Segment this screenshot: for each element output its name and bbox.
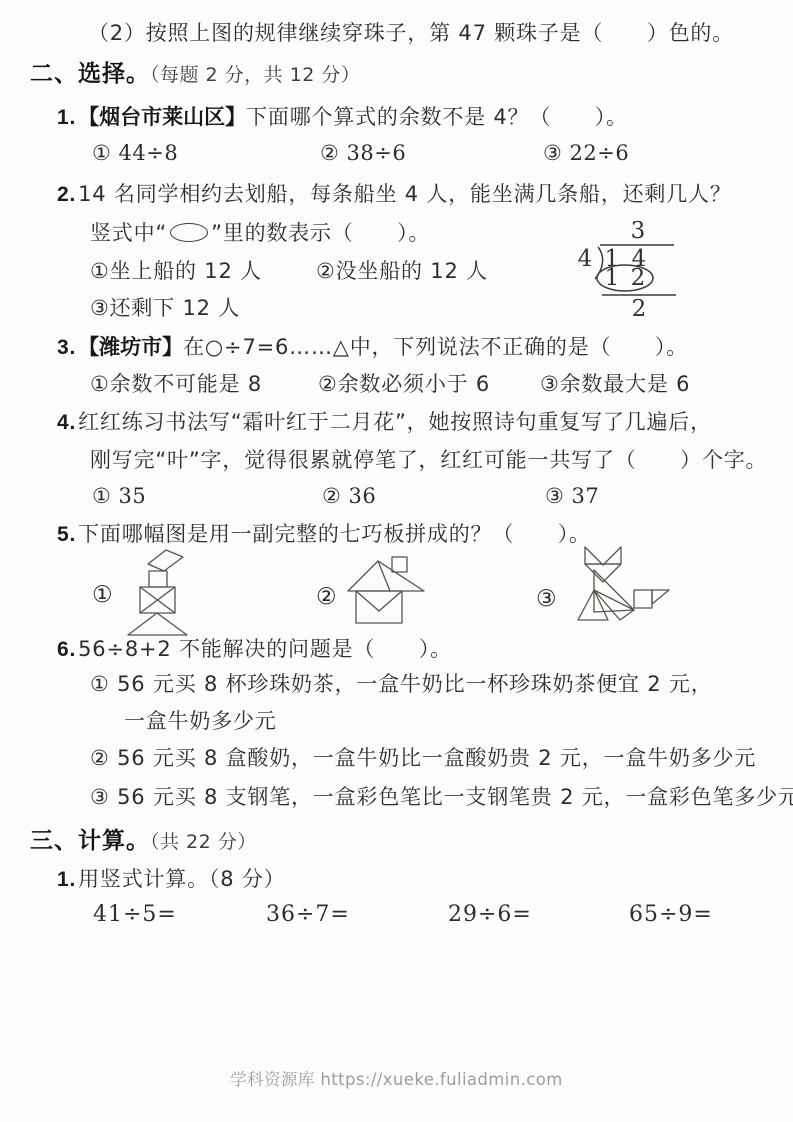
q2-option-2: ②没坐船的 12 人: [316, 258, 488, 284]
tangram3-ears: [585, 547, 621, 565]
q2-line2-post: ”里的数表示（ ）。: [211, 221, 430, 245]
calc-problem-3: 29÷6=: [448, 901, 532, 929]
q6-option-1-line1: ① 56 元买 8 杯珍珠奶茶，一盒牛奶比一杯珍珠奶茶便宜 2 元，: [90, 671, 713, 697]
q1-option-1: ① 44÷8: [92, 140, 178, 166]
tangram1-square: [149, 571, 167, 587]
q5-figure-label-1: ①: [92, 581, 113, 610]
q2-stem-line2: 竖式中“”里的数表示（ ）。: [90, 220, 430, 246]
division-product-tens: 1: [605, 265, 620, 291]
q4-option-2: ② 36: [322, 483, 376, 509]
tangram2-roof: [348, 561, 424, 591]
oval-icon: [170, 223, 208, 242]
q4-stem-line1: 4.红红练习书法写“霜叶红于二月花”，她按照诗句重复写了几遍后，: [57, 409, 712, 436]
section-choice-heading: 二、选择。（每题 2 分，共 12 分）: [30, 60, 360, 89]
q4-stem-line2: 刚写完“叶”字，觉得很累就停笔了，红红可能一共写了（ ）个字。: [90, 447, 767, 473]
q5-stem-text: 下面哪幅图是用一副完整的七巧板拼成的？（ ）。: [78, 522, 591, 546]
q5-figure-label-3: ③: [536, 585, 557, 614]
q2-number: 2.: [57, 183, 76, 206]
q2-line2-pre: 竖式中“: [90, 221, 167, 245]
q4-number: 4.: [57, 411, 76, 434]
division-remainder: 2: [632, 296, 647, 320]
tangram2-body: [356, 591, 402, 623]
q4-stem-text1: 红红练习书法写“霜叶红于二月花”，她按照诗句重复写了几遍后，: [78, 410, 712, 434]
worksheet-page: （2）按照上图的规律继续穿珠子，第 47 颗珠子是（ ）色的。 二、选择。（每题…: [0, 0, 793, 1122]
tangram-house-figure: [340, 553, 432, 627]
q1-region-tag: 【烟台市莱山区】: [78, 105, 246, 129]
tangram2-v-right: [379, 591, 402, 611]
tangram3-tail-square: [634, 590, 652, 608]
q5-figure-label-2: ②: [316, 583, 337, 612]
tangram3-hind: [594, 590, 634, 620]
calc-problem-1: 41÷5=: [93, 901, 177, 929]
q4-option-3: ③ 37: [545, 483, 599, 509]
q1-stem: 1.【烟台市莱山区】下面哪个算式的余数不是 4？（ ）。: [57, 104, 628, 131]
question-beads-part2: （2）按照上图的规律继续穿珠子，第 47 颗珠子是（ ）色的。: [88, 20, 734, 46]
q6-number: 6.: [57, 638, 76, 661]
q6-option-1-line2: 一盒牛奶多少元: [124, 708, 277, 734]
calc-problem-2: 36÷7=: [266, 901, 350, 929]
q1-option-2: ② 38÷6: [320, 140, 406, 166]
division-quotient: 3: [631, 218, 646, 244]
q1-stem-text: 下面哪个算式的余数不是 4？（ ）。: [246, 105, 628, 129]
long-division-figure: 3 4 1 4 1 2 2: [576, 218, 682, 320]
q2-stem-line1: 2.14 名同学相约去划船，每条船坐 4 人，能坐满几条船，还剩几人？: [57, 181, 732, 208]
calc-sub1-number: 1.: [57, 868, 76, 891]
tangram1-parallelogram: [148, 550, 183, 571]
tangram-candle-figure: [116, 546, 192, 638]
section-choice-note: （每题 2 分，共 12 分）: [150, 64, 360, 86]
q2-stem-text: 14 名同学相约去划船，每条船坐 4 人，能坐满几条船，还剩几人？: [78, 182, 732, 206]
section-calc-note: （共 22 分）: [150, 831, 257, 853]
q3-number: 3.: [57, 336, 76, 359]
section-choice-title: 二、选择。: [30, 61, 150, 87]
calc-problem-4: 65÷9=: [629, 901, 713, 929]
q1-number: 1.: [57, 106, 76, 129]
q1-option-3: ③ 22÷6: [543, 140, 629, 166]
q6-option-2: ② 56 元买 8 盒酸奶，一盒牛奶比一盒酸奶贵 2 元，一盒牛奶多少元: [90, 745, 756, 771]
tangram1-base-triangle: [128, 613, 187, 635]
q3-stem-text: 在○÷7=6……△中，下列说法不正确的是（ ）。: [183, 335, 688, 359]
tangram2-v-left: [356, 591, 379, 611]
tangram2-chimney: [392, 557, 407, 572]
q3-option-3: ③余数最大是 6: [540, 371, 690, 397]
q3-option-1: ①余数不可能是 8: [90, 371, 262, 397]
tangram-fox-figure: [558, 544, 672, 630]
q4-option-1: ① 35: [92, 483, 146, 509]
q6-option-3: ③ 56 元买 8 支钢笔，一盒彩色笔比一支钢笔贵 2 元，一盒彩色笔多少元: [90, 784, 793, 810]
q5-stem: 5.下面哪幅图是用一副完整的七巧板拼成的？（ ）。: [57, 521, 591, 548]
source-watermark: 学科资源库 https://xueke.fuliadmin.com: [0, 1066, 793, 1090]
q6-stem: 6.56÷8+2 不能解决的问题是（ ）。: [57, 636, 452, 663]
tangram3-tail-tip: [652, 590, 669, 604]
division-divisor: 4: [578, 246, 593, 272]
q2-option-3: ③还剩下 12 人: [90, 295, 240, 321]
q3-option-2: ②余数必须小于 6: [318, 371, 490, 397]
q3-region-tag: 【潍坊市】: [78, 335, 183, 359]
division-product-ones: 2: [631, 265, 646, 291]
q3-stem: 3.【潍坊市】在○÷7=6……△中，下列说法不正确的是（ ）。: [57, 334, 688, 361]
calc-sub1-text: 用竖式计算。（8 分）: [78, 867, 285, 891]
q2-option-1: ①坐上船的 12 人: [90, 258, 262, 284]
section-calc-heading: 三、计算。（共 22 分）: [30, 827, 257, 856]
q6-stem-text: 56÷8+2 不能解决的问题是（ ）。: [78, 637, 452, 661]
tangram3-body: [594, 570, 634, 612]
q5-number: 5.: [57, 523, 76, 546]
section-calc-title: 三、计算。: [30, 828, 150, 854]
calc-sub1-label: 1.用竖式计算。（8 分）: [57, 866, 285, 893]
